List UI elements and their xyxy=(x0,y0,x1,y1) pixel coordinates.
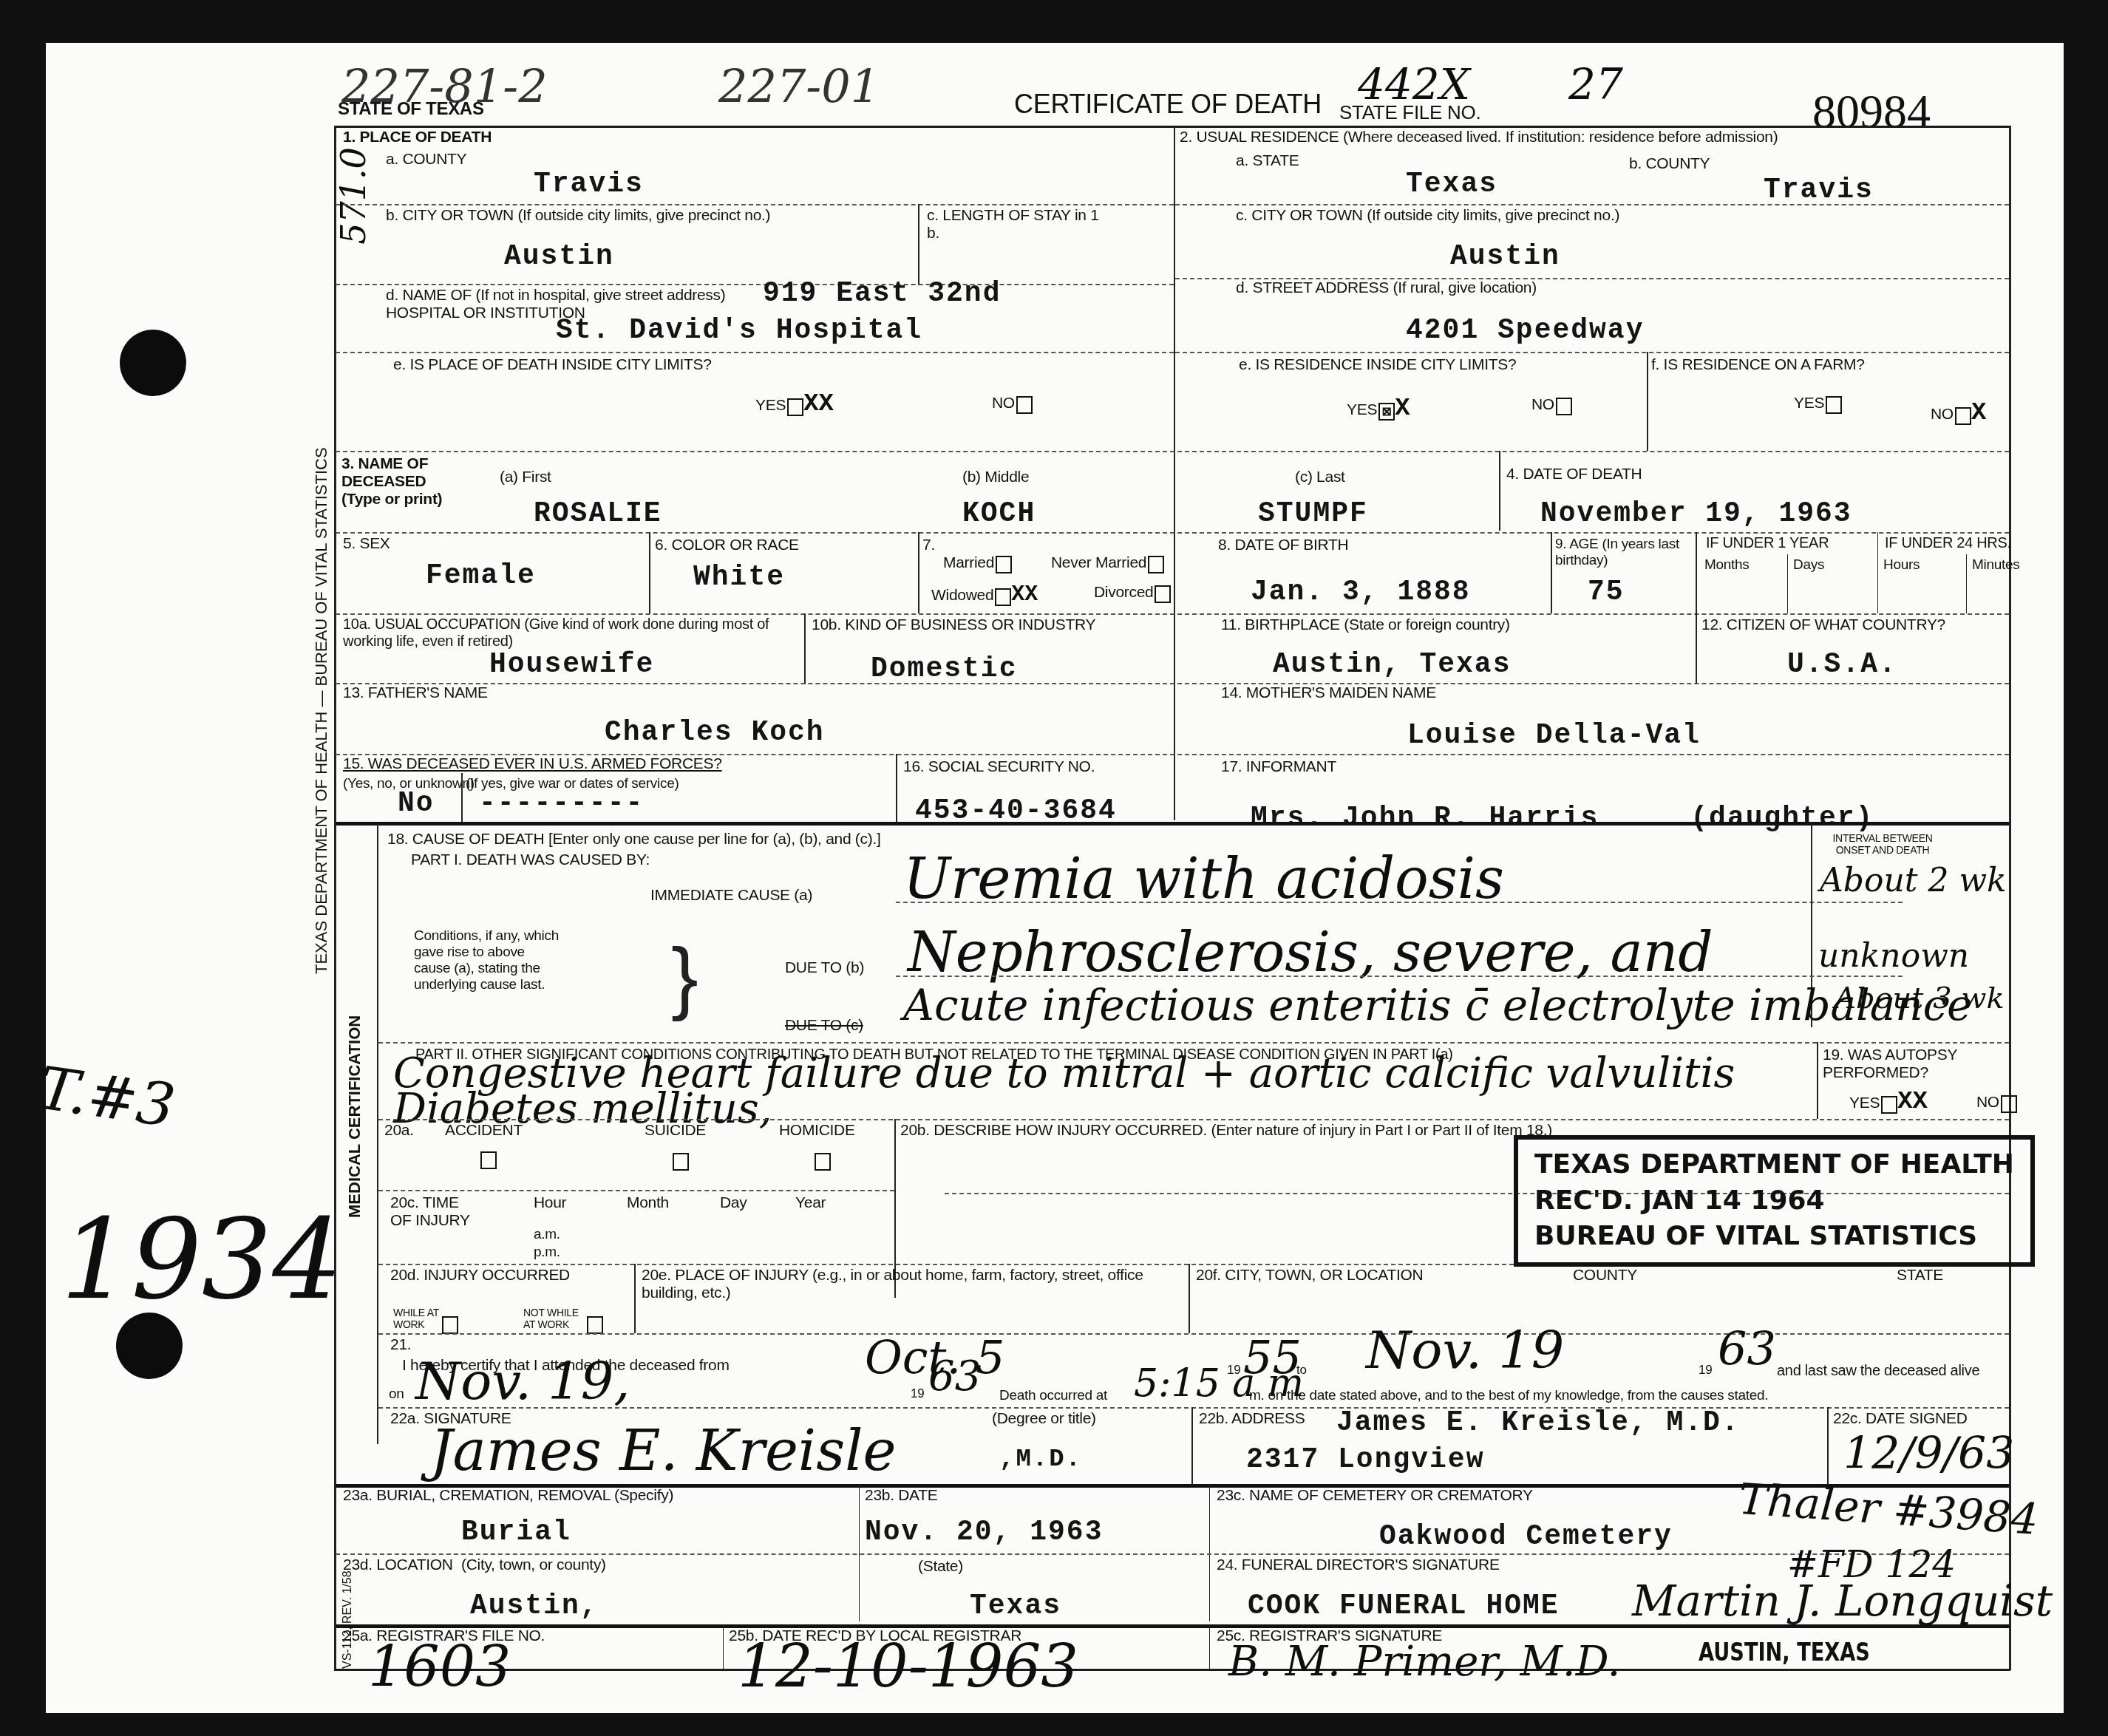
stamp-line-1: TEXAS DEPARTMENT OF HEALTH xyxy=(1534,1147,2014,1183)
residence-county-label: b. COUNTY xyxy=(1629,155,1710,173)
autopsy-no[interactable]: NO xyxy=(1976,1094,2017,1113)
mother-name: Louise Della-Val xyxy=(1407,720,1701,752)
time-of-injury-label: 20c. TIME OF INJURY xyxy=(390,1194,472,1230)
divider xyxy=(336,352,1174,353)
deceased-name-label: 3. NAME OF DECEASED (Type or print) xyxy=(341,455,445,508)
cemetery: Oakwood Cemetery xyxy=(1379,1521,1673,1553)
frame-bottom xyxy=(334,1669,2010,1671)
divider xyxy=(859,1484,860,1621)
divider xyxy=(1647,352,1648,451)
physician-address: 2317 Longview xyxy=(1246,1444,1484,1476)
department-vertical-label: TEXAS DEPARTMENT OF HEALTH — BUREAU OF V… xyxy=(312,447,331,974)
degree-label: (Degree or title) xyxy=(992,1410,1096,1428)
date-of-death-label: 4. DATE OF DEATH xyxy=(1506,466,1642,483)
disposition-label: 23a. BURIAL, CREMATION, REMOVAL (Specify… xyxy=(343,1487,673,1505)
suicide-label: SUICIDE xyxy=(645,1122,706,1140)
divider xyxy=(1551,532,1552,613)
cause-of-death-label: 18. CAUSE OF DEATH [Enter only one cause… xyxy=(387,831,880,848)
injury-city-label: 20f. CITY, TOWN, OR LOCATION xyxy=(1196,1267,1423,1284)
usual-residence-label: 2. USUAL RESIDENCE (Where deceased lived… xyxy=(1180,129,1778,146)
homicide-label: HOMICIDE xyxy=(779,1122,855,1140)
year-prefix: 19 xyxy=(911,1386,924,1401)
pm-label: p.m. xyxy=(534,1245,560,1261)
race: White xyxy=(693,562,785,593)
not-while-at-work-label: NOT WHILE AT WORK xyxy=(523,1307,585,1330)
received-stamp: TEXAS DEPARTMENT OF HEALTH REC'D. JAN 14… xyxy=(1514,1135,2035,1267)
armed-forces-label: 15. WAS DECEASED EVER IN U.S. ARMED FORC… xyxy=(343,755,722,773)
burial-date-label: 23b. DATE xyxy=(865,1487,937,1505)
marital-widowed[interactable]: WidowedXX xyxy=(931,582,1038,607)
divider xyxy=(896,976,1903,977)
brace: } xyxy=(671,930,698,1024)
death-certificate: TEXAS DEPARTMENT OF HEALTH — BUREAU OF V… xyxy=(46,43,2064,1713)
divider xyxy=(1191,1407,1193,1485)
no-label: NO xyxy=(1531,396,1554,413)
sex-label: 5. SEX xyxy=(343,535,390,553)
disposition: Burial xyxy=(461,1517,571,1548)
registrar-date: 12-10-1963 xyxy=(738,1632,1078,1701)
no-label: NO xyxy=(1931,406,1954,423)
injury-county-label: COUNTY xyxy=(1573,1267,1637,1284)
divider xyxy=(649,532,650,613)
divider xyxy=(1189,1264,1190,1333)
due-to-c-interval: About 3 wk xyxy=(1835,981,2005,1015)
checkbox[interactable] xyxy=(587,1316,603,1334)
physician-degree: ,M.D. xyxy=(999,1446,1082,1474)
day-label: Day xyxy=(720,1194,747,1212)
medical-certification-label: MEDICAL CERTIFICATION xyxy=(345,1015,364,1218)
checkbox[interactable] xyxy=(787,398,803,416)
certification-number: 21. xyxy=(390,1336,411,1354)
injury-state-label: STATE xyxy=(1897,1267,1943,1284)
death-city: Austin xyxy=(504,241,614,273)
divider xyxy=(378,1119,2009,1120)
accident-checkbox[interactable] xyxy=(480,1151,497,1169)
divider xyxy=(1209,1624,1210,1670)
checkbox-mark: X xyxy=(1395,395,1410,423)
street-label: d. STREET ADDRESS (If rural, give locati… xyxy=(1236,279,1537,297)
homicide-checkbox[interactable] xyxy=(815,1153,831,1171)
residence-county: Travis xyxy=(1764,174,1874,206)
residence-inside-no[interactable]: NO xyxy=(1531,396,1572,415)
margin-note-1934: 1934 xyxy=(61,1196,343,1324)
citizen: U.S.A. xyxy=(1787,649,1897,681)
causes-stated-text: m. on the date stated above, and to the … xyxy=(1249,1388,1768,1404)
yes-label: YES xyxy=(1347,401,1377,418)
industry: Domestic xyxy=(871,653,1017,685)
date-of-birth-label: 8. DATE OF BIRTH xyxy=(1218,537,1348,554)
yes-label: YES xyxy=(1849,1095,1880,1112)
no-label: NO xyxy=(1976,1094,1999,1111)
armed-forces: No xyxy=(398,788,435,820)
checkbox-checked[interactable]: ⊠ xyxy=(1378,403,1395,421)
father-name: Charles Koch xyxy=(605,717,825,749)
place-of-death-label: 1. PLACE OF DEATH xyxy=(343,129,492,146)
middle-name-label: (b) Middle xyxy=(962,469,1029,486)
occupation: Housewife xyxy=(489,649,654,681)
physician-name: James E. Kreisle, M.D. xyxy=(1336,1407,1740,1439)
registrar-signature: B. M. Primer, M.D. xyxy=(1228,1638,1620,1686)
checkbox[interactable] xyxy=(1155,585,1171,603)
checkbox[interactable] xyxy=(1148,556,1164,573)
divider xyxy=(378,1042,2009,1044)
citizen-label: 12. CITIZEN OF WHAT COUNTRY? xyxy=(1701,616,1945,634)
last-saw-text: and last saw the deceased alive xyxy=(1777,1363,1979,1380)
marital-divorced[interactable]: Divorced xyxy=(1094,584,1171,603)
stamp-date: REC'D. JAN 14 1964 xyxy=(1534,1183,2014,1219)
column-divider xyxy=(1174,126,1175,820)
due-to-c: Acute infectious enteritis c̄ electrolyt… xyxy=(903,980,1972,1030)
marital-status-label: 7. xyxy=(922,537,935,554)
checkbox-mark: XX xyxy=(1897,1088,1928,1116)
farm-yes[interactable]: YES xyxy=(1794,395,1842,414)
divider xyxy=(634,1264,636,1333)
date-signed: 12/9/63 xyxy=(1843,1428,2014,1480)
length-of-stay-label: c. LENGTH OF STAY in 1 b. xyxy=(927,207,1104,242)
divider xyxy=(336,683,2009,684)
ssn-label: 16. SOCIAL SECURITY NO. xyxy=(903,758,1095,776)
margin-note-t3: T.#3 xyxy=(34,1054,179,1141)
industry-label: 10b. KIND OF BUSINESS OR INDUSTRY xyxy=(812,616,1095,634)
yes-label: YES xyxy=(755,397,786,414)
due-to-c-label: DUE TO (c) xyxy=(785,1017,863,1035)
medical-margin xyxy=(377,823,378,1444)
divider xyxy=(378,1407,2009,1409)
middle-name: KOCH xyxy=(962,498,1036,530)
burial-state: Texas xyxy=(970,1590,1061,1622)
last-name: STUMPF xyxy=(1258,498,1368,530)
date-of-birth: Jan. 3, 1888 xyxy=(1251,576,1471,608)
date-signed-label: 22c. DATE SIGNED xyxy=(1833,1410,1968,1428)
due-to-b-label: DUE TO (b) xyxy=(785,959,864,977)
checkbox[interactable] xyxy=(1556,398,1572,415)
inside-limits-label: e. IS PLACE OF DEATH INSIDE CITY LIMITS? xyxy=(393,356,712,374)
punch-hole xyxy=(120,330,186,396)
last-seen-year: 63 xyxy=(928,1352,981,1400)
funeral-license: #FD 124 xyxy=(1787,1543,1956,1586)
residence-city: Austin xyxy=(1450,241,1560,273)
physician-signature: James E. Kreisle xyxy=(430,1417,896,1483)
divider xyxy=(1696,613,1697,684)
divider xyxy=(918,532,919,613)
checkbox[interactable] xyxy=(2001,1095,2017,1113)
divider xyxy=(1817,1042,1818,1119)
city-label: b. CITY OR TOWN (If outside city limits,… xyxy=(386,207,770,225)
funeral-director-label: 24. FUNERAL DIRECTOR'S SIGNATURE xyxy=(1217,1556,1500,1574)
location-state-label: (State) xyxy=(918,1558,963,1576)
checkbox-mark: XX xyxy=(803,390,834,418)
describe-injury-label: 20b. DESCRIBE HOW INJURY OCCURRED. (Ente… xyxy=(900,1122,1552,1140)
county-label: a. COUNTY xyxy=(386,151,466,169)
hospital-name: St. David's Hospital xyxy=(556,315,922,347)
divider xyxy=(1175,352,2009,353)
death-occurred-label: Death occurred at xyxy=(999,1388,1107,1404)
burial-location-label: 23d. LOCATION xyxy=(343,1556,453,1574)
suicide-checkbox[interactable] xyxy=(673,1153,689,1171)
interval-label: INTERVAL BETWEEN ONSET AND DEATH xyxy=(1827,832,1938,856)
divider xyxy=(336,532,2009,534)
autopsy-yes[interactable]: YESXX xyxy=(1849,1088,1928,1116)
armed-dates: --------- xyxy=(479,788,644,820)
am-label: a.m. xyxy=(534,1227,560,1243)
birthplace: Austin, Texas xyxy=(1273,649,1511,681)
no-label: NO xyxy=(992,395,1015,412)
attended-to-year: 63 xyxy=(1718,1321,1776,1375)
checkbox-mark: XX xyxy=(1011,582,1038,607)
divorced-label: Divorced xyxy=(1094,584,1153,601)
age-label: 9. AGE (In years last birthday) xyxy=(1555,537,1696,569)
married-label: Married xyxy=(943,554,994,571)
divider xyxy=(378,1190,894,1191)
funeral-home: COOK FUNERAL HOME xyxy=(1248,1590,1560,1622)
hour-label: Hour xyxy=(534,1194,566,1212)
not-while-at-work[interactable]: NOT WHILE AT WORK xyxy=(523,1307,603,1334)
cemetery-label: 23c. NAME OF CEMETERY OR CREMATORY xyxy=(1217,1487,1533,1505)
divider xyxy=(1209,1484,1210,1621)
divider xyxy=(723,1624,724,1670)
form-id: VS-112, REV. 1/58 xyxy=(341,1570,355,1669)
year-prefix: 19 xyxy=(1699,1363,1712,1378)
checkbox-mark: X xyxy=(1971,399,1986,427)
on-label: on xyxy=(389,1386,404,1403)
divider xyxy=(1787,554,1788,613)
checkbox[interactable] xyxy=(442,1316,458,1334)
checkbox[interactable] xyxy=(1826,396,1842,414)
divider xyxy=(336,1553,2009,1555)
months-label: Months xyxy=(1704,557,1750,573)
hours-label: Hours xyxy=(1883,557,1920,573)
hospital-address: 919 East 32nd xyxy=(763,278,1001,310)
divider xyxy=(1499,451,1500,531)
divider xyxy=(336,1624,2009,1628)
while-at-work[interactable]: WHILE AT WORK xyxy=(393,1307,458,1334)
divider xyxy=(804,613,806,684)
month-label: Month xyxy=(627,1194,669,1212)
divider xyxy=(336,451,2009,452)
state-file-label: STATE FILE NO. xyxy=(1339,102,1480,124)
residence-state: Texas xyxy=(1406,169,1497,200)
location-city-label: (City, town, or county) xyxy=(461,1556,606,1574)
injury-occurred-label: 20d. INJURY OCCURRED xyxy=(390,1267,570,1284)
injury-type-label: 20a. xyxy=(384,1122,414,1140)
conditions-note: Conditions, if any, which gave rise to a… xyxy=(414,928,562,993)
accident-label: ACCIDENT xyxy=(445,1122,523,1140)
year-label: Year xyxy=(795,1194,826,1212)
death-county: Travis xyxy=(534,169,644,200)
divider xyxy=(336,613,2009,615)
stamp-line-3: BUREAU OF VITAL STATISTICS xyxy=(1534,1219,2014,1255)
handwritten-code-4: 27 xyxy=(1568,59,1623,109)
yes-label: YES xyxy=(1794,395,1824,412)
divider xyxy=(896,902,1903,903)
divider xyxy=(461,773,463,822)
residence-state-label: a. STATE xyxy=(1236,152,1299,170)
divider xyxy=(1877,532,1878,613)
divider xyxy=(918,204,919,285)
last-seen-date: Nov. 19, xyxy=(415,1351,630,1412)
days-label: Days xyxy=(1793,557,1824,573)
inside-limits-yes[interactable]: YESXX xyxy=(755,390,834,418)
checkbox[interactable] xyxy=(1016,396,1033,414)
state-label: STATE OF TEXAS xyxy=(338,99,484,120)
physician-address-label: 22b. ADDRESS xyxy=(1199,1410,1305,1428)
burial-date: Nov. 20, 1963 xyxy=(865,1517,1103,1548)
burial-city: Austin, xyxy=(470,1590,599,1622)
frame-top xyxy=(334,126,2010,128)
divider xyxy=(1696,532,1697,613)
while-at-work-label: WHILE AT WORK xyxy=(393,1307,441,1330)
never-married-label: Never Married xyxy=(1051,554,1146,571)
divider xyxy=(336,204,1174,205)
sex: Female xyxy=(426,560,536,592)
margin-code: 571.0 xyxy=(333,147,373,245)
widowed-label: Widowed xyxy=(931,587,993,604)
place-of-injury-label: 20e. PLACE OF INJURY (e.g., in or about … xyxy=(642,1267,1189,1302)
farm-label: f. IS RESIDENCE ON A FARM? xyxy=(1651,356,1865,374)
farm-no[interactable]: NOX xyxy=(1931,399,1986,427)
immediate-cause-label: IMMEDIATE CAUSE (a) xyxy=(650,887,812,905)
race-label: 6. COLOR OR RACE xyxy=(655,537,799,554)
under-24-hours-label: IF UNDER 24 HRS. xyxy=(1885,535,2011,552)
under-one-year-label: IF UNDER 1 YEAR xyxy=(1706,535,1829,552)
attended-to-date: Nov. 19 xyxy=(1366,1320,1564,1381)
last-name-label: (c) Last xyxy=(1295,469,1345,486)
checkbox[interactable] xyxy=(996,556,1012,573)
divider xyxy=(336,284,1174,285)
informant-label: 17. INFORMANT xyxy=(1221,758,1336,776)
residence-inside-limits-label: e. IS RESIDENCE INSIDE CITY LIMITS? xyxy=(1239,356,1516,374)
divider xyxy=(336,822,2009,826)
divider xyxy=(1966,554,1967,613)
residence-city-label: c. CITY OR TOWN (If outside city limits,… xyxy=(1236,207,1619,225)
inside-limits-no[interactable]: NO xyxy=(992,395,1033,414)
handwritten-code-2: 227-01 xyxy=(718,59,880,113)
autopsy-label: 19. WAS AUTOPSY PERFORMED? xyxy=(1823,1046,2000,1082)
marital-never-married[interactable]: Never Married xyxy=(1051,554,1164,573)
first-name: ROSALIE xyxy=(534,498,662,530)
frame-left xyxy=(334,126,336,1670)
part1-label: PART I. DEATH WAS CAUSED BY: xyxy=(411,851,650,869)
checkbox-checked[interactable] xyxy=(1955,407,1971,425)
state-file-number: 80984 xyxy=(1812,84,1931,139)
checkbox-checked[interactable] xyxy=(995,588,1011,606)
father-label: 13. FATHER'S NAME xyxy=(343,684,488,702)
birthplace-label: 11. BIRTHPLACE (State or foreign country… xyxy=(1221,616,1510,634)
divider xyxy=(1175,204,2009,205)
divider xyxy=(1827,1407,1829,1485)
minutes-label: Minutes xyxy=(1972,557,2019,573)
mother-label: 14. MOTHER'S MAIDEN NAME xyxy=(1221,684,1436,702)
date-of-death: November 19, 1963 xyxy=(1540,498,1852,530)
immediate-interval: About 2 wk xyxy=(1820,862,2007,899)
occupation-label: 10a. USUAL OCCUPATION (Give kind of work… xyxy=(343,616,801,650)
checkbox-checked[interactable] xyxy=(1881,1096,1897,1114)
marital-married[interactable]: Married xyxy=(943,554,1012,573)
residence-street: 4201 Speedway xyxy=(1406,315,1644,347)
residence-inside-yes[interactable]: YES⊠X xyxy=(1347,395,1410,423)
first-name-label: (a) First xyxy=(500,469,551,486)
certificate-title: CERTIFICATE OF DEATH xyxy=(1014,89,1322,119)
divider xyxy=(896,754,897,822)
informant: Mrs. John R. Harris (daughter) xyxy=(1251,803,1874,834)
due-to-b-interval: unknown xyxy=(1818,937,1969,975)
registrar-location: AUSTIN, TEXAS xyxy=(1699,1638,1870,1667)
age: 75 xyxy=(1588,576,1625,608)
registrar-file-number: 1603 xyxy=(368,1633,511,1699)
